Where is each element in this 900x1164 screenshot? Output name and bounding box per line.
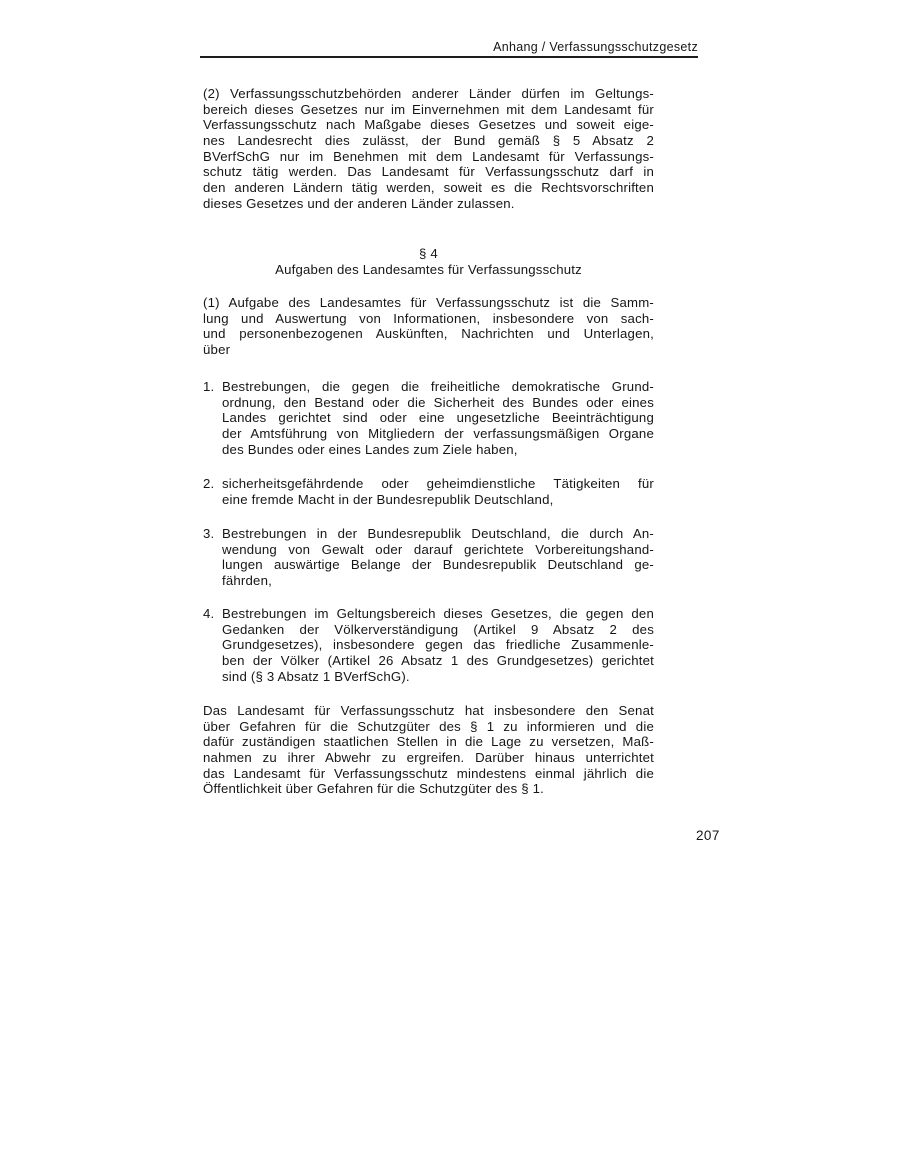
list-number-2: 2. — [203, 476, 222, 507]
document-page: Anhang / Verfassungsschutzgesetz (2) Ver… — [0, 0, 900, 1164]
list-text-4: Bestrebungen im Geltungsbereich dieses G… — [222, 606, 654, 684]
page-number: 207 — [696, 828, 720, 843]
list-text-3: Bestrebungen in der Bundesrepublik Deuts… — [222, 526, 654, 589]
list-item-1: 1. Bestrebungen, die gegen die freiheitl… — [203, 379, 654, 457]
list-item-3: 3. Bestrebungen in der Bundesrepublik De… — [203, 526, 654, 589]
running-header: Anhang / Verfassungsschutzgesetz — [200, 40, 698, 54]
list-item-2: 2. sicherheitsgefährdende oder geheimdie… — [203, 476, 654, 507]
list-number-4: 4. — [203, 606, 222, 684]
paragraph-2: (2) Verfassungsschutzbehörden anderer Lä… — [203, 86, 654, 212]
list-text-1: Bestrebungen, die gegen die freiheitlich… — [222, 379, 654, 457]
list-item-4: 4. Bestrebungen im Geltungsbereich diese… — [203, 606, 654, 684]
paragraph-1: (1) Aufgabe des Landesamtes für Verfassu… — [203, 295, 654, 358]
closing-paragraph: Das Landesamt für Verfassungsschutz hat … — [203, 703, 654, 797]
list-number-3: 3. — [203, 526, 222, 589]
header-rule — [200, 56, 698, 58]
section-title: Aufgaben des Landesamtes für Verfassungs… — [203, 262, 654, 278]
list-text-2: sicherheitsgefährdende oder geheimdienst… — [222, 476, 654, 507]
section-number: § 4 — [203, 246, 654, 262]
list-number-1: 1. — [203, 379, 222, 457]
section-heading: § 4 Aufgaben des Landesamtes für Verfass… — [203, 246, 654, 277]
